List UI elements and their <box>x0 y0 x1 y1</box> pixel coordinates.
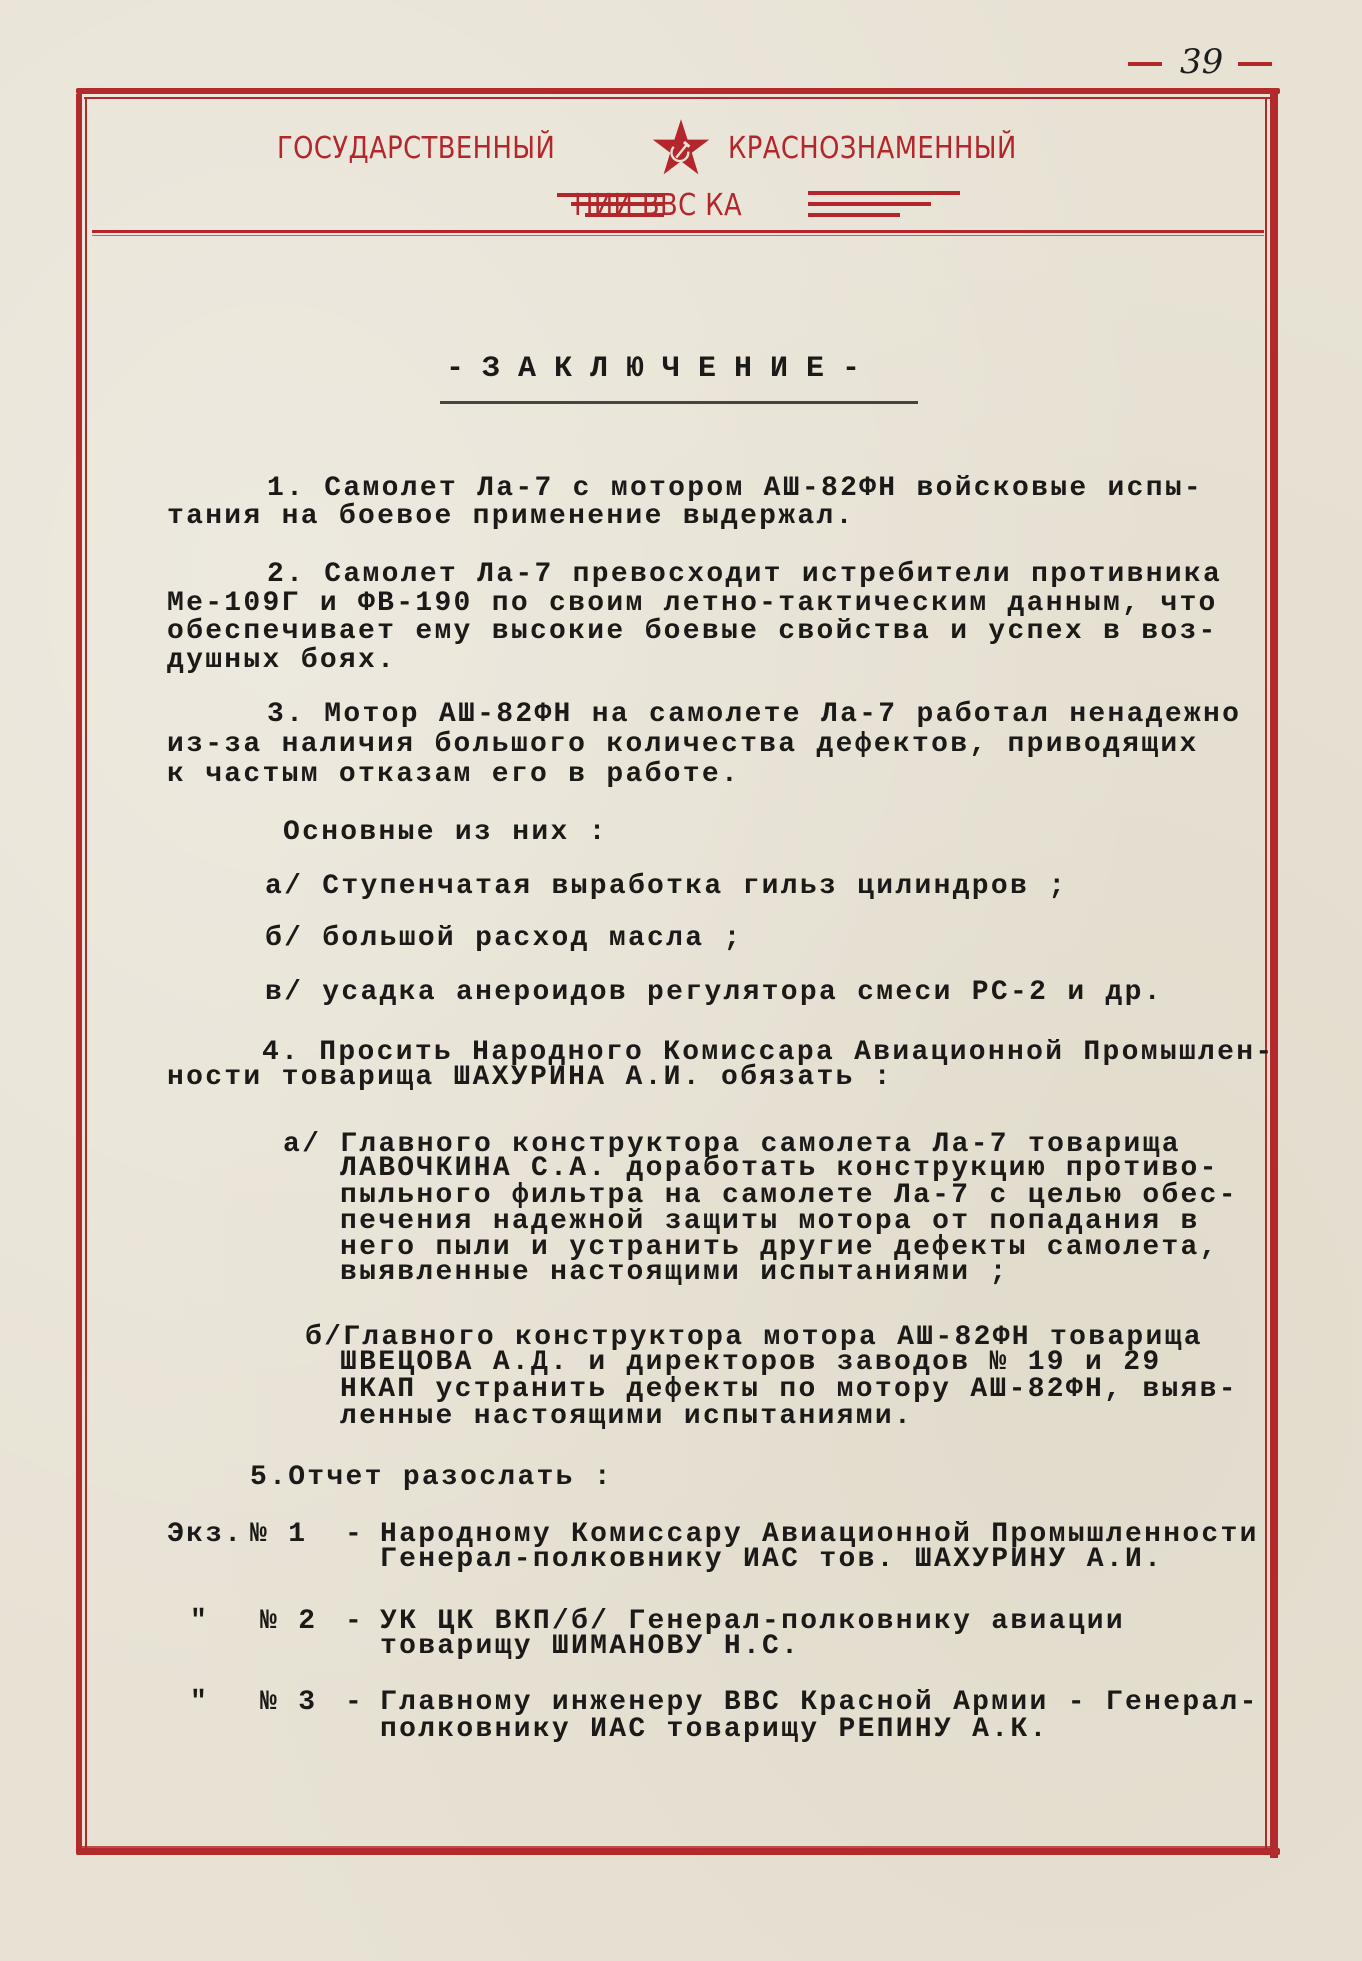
frame-left-inner-line <box>85 99 87 1849</box>
page-number-dash-left <box>1128 62 1162 66</box>
text-line: из-за наличия большого количества дефект… <box>167 731 1199 759</box>
copy-number: № 1 <box>250 1521 307 1549</box>
text-line: душных боях. <box>167 647 396 675</box>
letterhead-dash <box>808 191 960 195</box>
text-line: 5.Отчет разослать : <box>250 1464 613 1492</box>
dash: - <box>345 1689 364 1717</box>
copy-prefix: " <box>190 1689 209 1717</box>
recipient-line: Генерал-полковнику ИАС тов. ШАХУРИНУ А.И… <box>380 1546 1163 1574</box>
text-line: НКАП устранить дефекты по мотору АШ-82ФН… <box>340 1376 1238 1404</box>
frame-right-border <box>1270 92 1278 1858</box>
page-number: 39 <box>1180 42 1223 82</box>
frame-top-border <box>76 88 1280 94</box>
letterhead-separator-thin <box>92 235 1264 236</box>
text-line: Основные из них : <box>283 819 608 847</box>
page-number-dash-right <box>1238 62 1272 66</box>
letterhead-separator <box>92 230 1264 233</box>
dash: - <box>345 1608 364 1636</box>
letterhead-line2: НИИ ВВС КА <box>574 188 742 223</box>
frame-left-border <box>76 94 82 1853</box>
text-line: ленные настоящими испытаниями. <box>340 1403 913 1431</box>
list-item: а/ Ступенчатая выработка гильз цилиндров… <box>265 873 1067 901</box>
frame-top-inner-line <box>84 97 1276 99</box>
recipient-line: полковнику ИАС товарищу РЕПИНУ А.К. <box>380 1716 1049 1744</box>
recipient-line: товарищу ШИМАНОВУ Н.С. <box>380 1633 800 1661</box>
frame-right-inner-line <box>1265 99 1267 1849</box>
list-item: б/ большой расход масла ; <box>265 925 743 953</box>
text-line: ности товарища ШАХУРИНА А.И. обязать : <box>167 1064 893 1092</box>
text-line: 2. Самолет Ла-7 превосходит истребители … <box>267 561 1222 589</box>
copy-number: № 3 <box>260 1689 317 1717</box>
text-line: 1. Самолет Ла-7 с мотором АШ-82ФН войско… <box>267 475 1203 503</box>
list-item: в/ усадка анероидов регулятора смеси РС-… <box>265 979 1163 1007</box>
red-star-hammer-sickle-icon <box>651 118 711 178</box>
text-line: обеспечивает ему высокие боевые свойства… <box>167 618 1218 646</box>
text-line: 3. Мотор АШ-82ФН на самолете Ла-7 работа… <box>267 701 1241 729</box>
letterhead-line1-left: ГОСУДАРСТВЕННЫЙ <box>277 131 555 166</box>
text-line: ЛАВОЧКИНА С.А. доработать конструкцию пр… <box>340 1155 1219 1183</box>
frame-bottom-border <box>76 1848 1280 1855</box>
text-line: выявленные настоящими испытаниями ; <box>340 1259 1009 1287</box>
document-title: -ЗАКЛЮЧЕНИЕ- <box>446 352 878 386</box>
copy-prefix: " <box>190 1608 209 1636</box>
frame-bottom-inner-line <box>82 1846 1272 1848</box>
recipient-line: Главному инженеру ВВС Красной Армии - Ге… <box>380 1689 1259 1717</box>
letterhead-line1-right: КРАСНОЗНАМЕННЫЙ <box>728 131 1017 166</box>
title-underline <box>440 401 918 404</box>
copy-prefix: Экз. <box>167 1521 243 1549</box>
dash: - <box>345 1521 364 1549</box>
letterhead-dash <box>808 213 900 217</box>
letterhead-dash <box>808 202 931 206</box>
text-line: тания на боевое применение выдержал. <box>167 503 855 531</box>
text-line: к частым отказам его в работе. <box>167 761 740 789</box>
copy-number: № 2 <box>260 1608 317 1636</box>
text-line: ШВЕЦОВА А.Д. и директоров заводов № 19 и… <box>340 1349 1161 1377</box>
text-line: Ме-109Г и ФВ-190 по своим летно-тактичес… <box>167 590 1218 618</box>
